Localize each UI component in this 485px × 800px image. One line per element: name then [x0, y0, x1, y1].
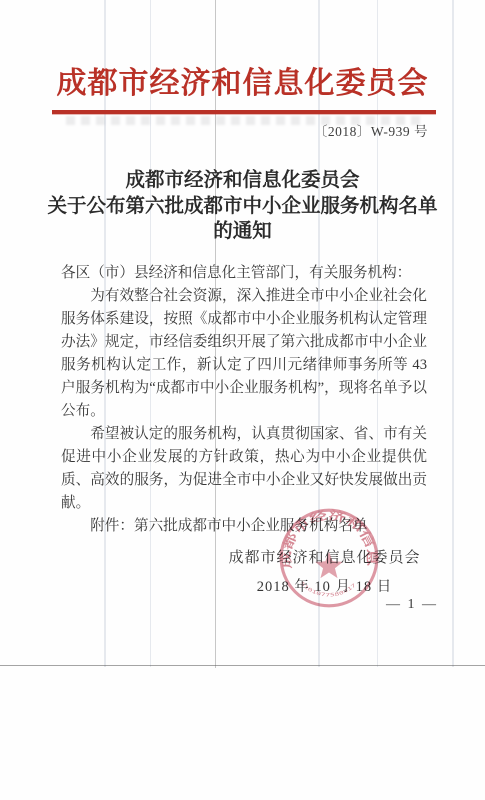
- page-edge-line: [0, 665, 485, 666]
- svg-text:5101077580417: 5101077580417: [299, 581, 358, 599]
- notice-title: 成都市经济和信息化委员会 关于公布第六批成都市中小企业服务机构名单 的通知: [30, 168, 455, 245]
- letterhead-agency-name: 成都市经济和信息化委员会: [0, 58, 485, 102]
- notice-title-line2: 关于公布第六批成都市中小企业服务机构名单: [30, 194, 455, 220]
- official-seal: 成都市经济和信息化委员会 5101077580417: [277, 506, 381, 610]
- body-paragraph-1: 为有效整合社会资源，深入推进全市中小企业社会化服务体系建设，按照《成都市中小企业…: [61, 285, 427, 423]
- salutation-line: 各区（市）县经济和信息化主管部门，有关服务机构：: [61, 262, 427, 285]
- document-number: 〔2018〕W-939 号: [314, 120, 428, 140]
- notice-title-line1: 成都市经济和信息化委员会: [30, 168, 455, 194]
- red-separator-rule: [52, 110, 436, 114]
- seal-code: 5101077580417: [299, 581, 358, 599]
- document-body: 各区（市）县经济和信息化主管部门，有关服务机构： 为有效整合社会资源，深入推进全…: [61, 262, 427, 538]
- page-number: — 1 —: [386, 597, 438, 613]
- scanned-document-page: 成都市经济和信息化委员会 〔2018〕W-939 号 成都市经济和信息化委员会 …: [0, 0, 485, 800]
- notice-title-line3: 的通知: [30, 219, 455, 245]
- body-paragraph-2: 希望被认定的服务机构，认真贯彻国家、省、市有关促进中小企业发展的方针政策，热心为…: [61, 423, 427, 515]
- seal-star-icon: [315, 552, 343, 578]
